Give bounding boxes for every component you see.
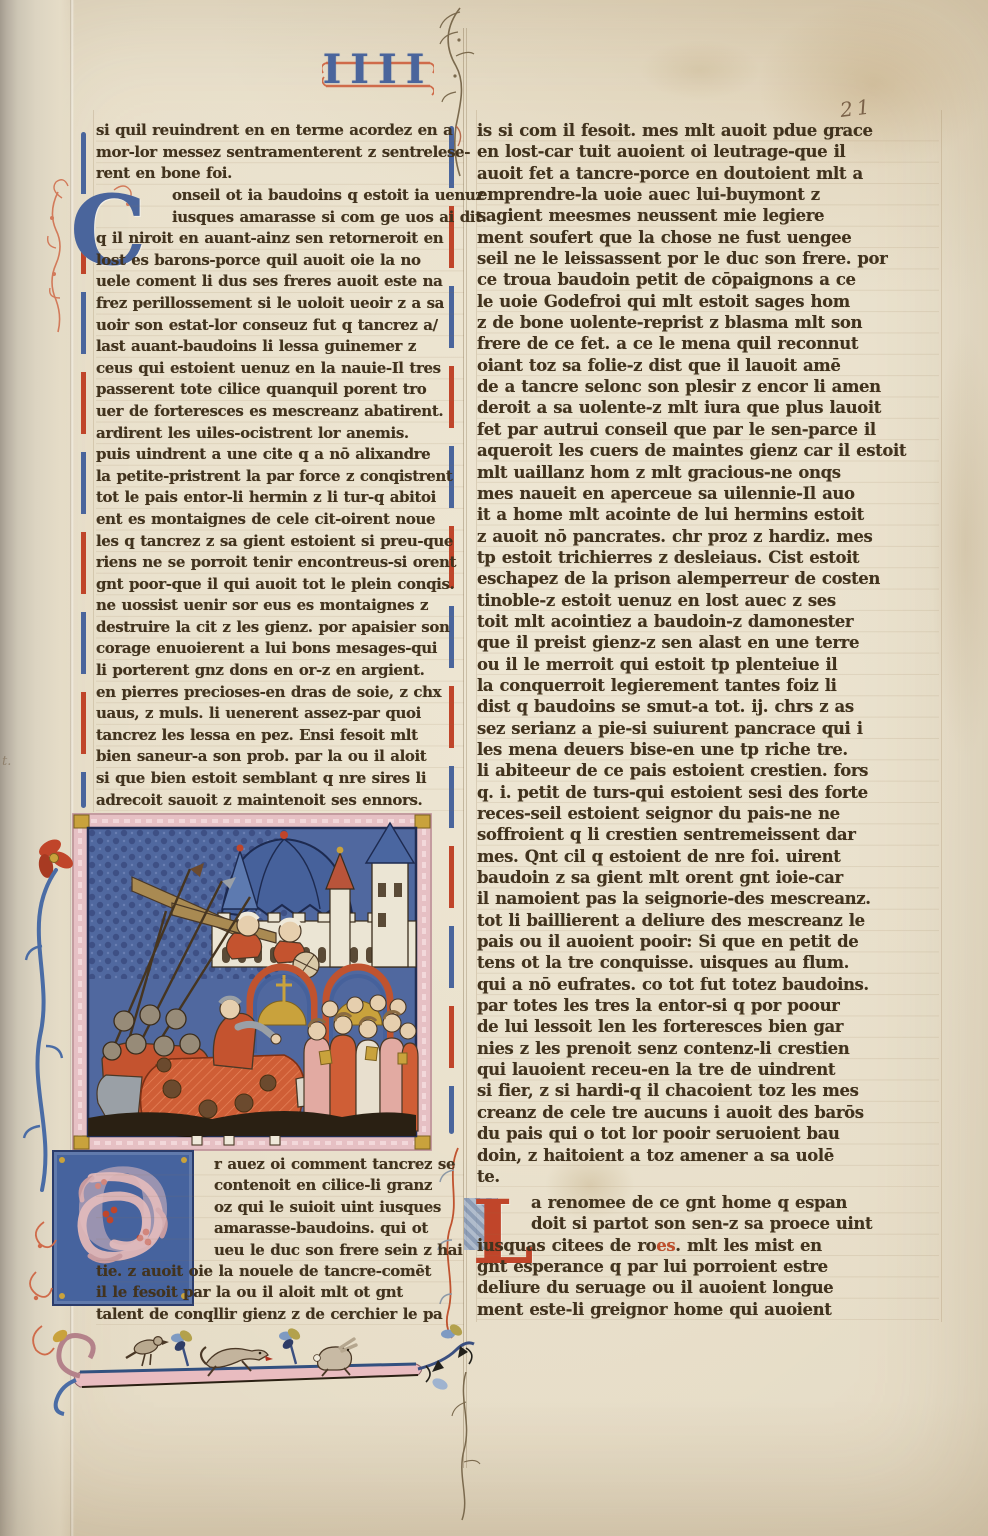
text-line: sagient meesmes neussent mie legiere bbox=[477, 205, 939, 226]
text-line: dist q baudoins se smut-a tot. ij. chrs … bbox=[477, 696, 939, 717]
text-line: de a tancre selonc son plesir z encor li… bbox=[477, 376, 939, 397]
text-line: baudoin z sa gient mlt orent gnt ioie-ca… bbox=[477, 867, 939, 888]
text-line: si fier, z si hardi-q il chacoient toz l… bbox=[477, 1080, 939, 1101]
text-line: lost es barons-porce quil auoit oie la n… bbox=[96, 250, 464, 272]
text-line: uer de forteresces es mescreanz abatiren… bbox=[96, 401, 464, 423]
text-line: ou il le merroit qui estoit tp plenteiue… bbox=[477, 654, 939, 675]
right-column-paragraph-2: a renomee de ce gnt home q espandoit si … bbox=[477, 1192, 939, 1320]
left-column-paragraph-1: si quil reuindrent en en terme acordez e… bbox=[96, 120, 464, 185]
text-line: amarasse-baudoins. qui ot bbox=[214, 1218, 464, 1239]
bas-de-page-decoration bbox=[46, 1314, 476, 1419]
text-line: du pais qui o tot lor pooir seruoient ba… bbox=[477, 1123, 939, 1144]
text-line: contenoit en cilice-li granz bbox=[214, 1175, 464, 1196]
text-line: gnt esperance q par lui porroient estre bbox=[477, 1256, 939, 1277]
text-line: tinoble-z estoit uenuz en lost auec z se… bbox=[477, 590, 939, 611]
text-line: frere de ce fet. a ce le mena quil recon… bbox=[477, 333, 939, 354]
text-line: pais ou il auoient pooir: Si que en peti… bbox=[477, 931, 939, 952]
text-line: la petite-pristrent la par force z conqi… bbox=[96, 466, 464, 488]
rubricated-text: es bbox=[656, 1236, 675, 1255]
text-line: q il niroit en auant-ainz sen retorneroi… bbox=[96, 228, 464, 250]
left-column-paragraph-3: r auez oi comment tancrez secontenoit en… bbox=[96, 1154, 464, 1325]
text-line: mor-lor messez sentramenterent z sentrel… bbox=[96, 142, 464, 164]
text-line: doit si partot son sen-z sa proece uint bbox=[531, 1213, 939, 1234]
text-line: les q tancrez z sa gient estoient si pre… bbox=[96, 531, 464, 553]
text-line: sez serianz a pie-si suiurent pancrace q… bbox=[477, 718, 939, 739]
text-line: auoit fet a tancre-porce en doutoient ml… bbox=[477, 163, 939, 184]
text-line: last auant-baudoins li lessa guinemer z bbox=[96, 336, 464, 358]
ruling-line bbox=[941, 110, 942, 1322]
text-line: deroit a sa uolente-z mlt iura que plus … bbox=[477, 397, 939, 418]
text-line: qui lauoient receu-en la tre de uindrent bbox=[477, 1059, 939, 1080]
text-line: nies z les prenoit senz contenz-li crest… bbox=[477, 1038, 939, 1059]
text-line: z auoit nō pancrates. chr proz z hardiz.… bbox=[477, 526, 939, 547]
text-line: a renomee de ce gnt home q espan bbox=[531, 1192, 939, 1213]
text-line: le uoie Godefroi qui mlt estoit sages ho… bbox=[477, 291, 939, 312]
text-line: emprendre-la uoie auec lui-buymont z bbox=[477, 184, 939, 205]
text-line: r auez oi comment tancrez se bbox=[214, 1154, 464, 1175]
text-line: z de bone uolente-reprist z blasma mlt s… bbox=[477, 312, 939, 333]
left-column-paragraph-2: onseil ot ia baudoins q estoit ia uenuzi… bbox=[96, 185, 464, 811]
text-line: ceus qui estoient uenuz en la nauie-Il t… bbox=[96, 358, 464, 380]
text-line: oz qui le suioit uint iusques bbox=[214, 1197, 464, 1218]
text-line: frez perillossement si le uoloit ueoir z… bbox=[96, 293, 464, 315]
chapter-numeral-text: IIII bbox=[322, 46, 434, 93]
text-line: corage enuoierent a lui bons mesages-qui bbox=[96, 638, 464, 660]
text-line: destruire la cit z les gienz. por apaisi… bbox=[96, 617, 464, 639]
text-line: uaus, z muls. li uenerent assez-par quoi bbox=[96, 703, 464, 725]
text-line: en lost-car tuit auoient oi leutrage-que… bbox=[477, 141, 939, 162]
parchment-stain bbox=[0, 1400, 988, 1536]
text-line: gnt poor-que il qui auoit tot le plein c… bbox=[96, 574, 464, 596]
text-line: aqueroit les cuers de maintes gienz car … bbox=[477, 440, 939, 461]
parchment-stain bbox=[640, 40, 760, 100]
text-line: tot li baillierent a deliure des mescrea… bbox=[477, 910, 939, 931]
text-line: ment este-li greignor home qui auoient bbox=[477, 1299, 939, 1320]
text-line: soffroient q li crestien sentremeissent … bbox=[477, 824, 939, 845]
text-line: it a home mlt acointe de lui hermins est… bbox=[477, 504, 939, 525]
text-line: par totes les tres la entor-si q por poo… bbox=[477, 995, 939, 1016]
text-line: li porterent gnz dons en or-z en argient… bbox=[96, 660, 464, 682]
text-line: tens ot la tre conquisse. uisques au flu… bbox=[477, 952, 939, 973]
folio-number: 21 bbox=[839, 94, 875, 122]
chapter-numeral: IIII bbox=[322, 50, 434, 100]
showthrough-mark: t. bbox=[2, 754, 11, 769]
text-line: si quil reuindrent en en terme acordez e… bbox=[96, 120, 464, 142]
text-line: te. bbox=[477, 1166, 939, 1187]
text-line: uele coment li dus ses freres auoit este… bbox=[96, 271, 464, 293]
text-line: passerent tote cilice quanquil porent tr… bbox=[96, 379, 464, 401]
text-line: riens ne se porroit tenir encontreus-si … bbox=[96, 552, 464, 574]
text-line: les mena deuers bise-en une tp riche tre… bbox=[477, 739, 939, 760]
text-line: bien saneur-a son prob. par la ou il alo… bbox=[96, 746, 464, 768]
text-line: fet par autrui conseil que par le sen-pa… bbox=[477, 419, 939, 440]
text-line: si que bien estoit semblant q nre sires … bbox=[96, 768, 464, 790]
text-line: mes naueit en aperceue sa uilennie-Il au… bbox=[477, 483, 939, 504]
text-line: iusques amarasse si com ge uos ai dit. bbox=[172, 207, 464, 229]
text-line: en pierres precioses-en dras de soie, z … bbox=[96, 682, 464, 704]
text-line: seil ne le leissassent por le duc son fr… bbox=[477, 248, 939, 269]
text-line: mlt uaillanz hom z mlt gracious-ne onqs bbox=[477, 462, 939, 483]
text-line: de lui lessoit len les forteresces bien … bbox=[477, 1016, 939, 1037]
text-line: onseil ot ia baudoins q estoit ia uenuz bbox=[172, 185, 464, 207]
text-line: ardirent les uiles-ocistrent lor anemis. bbox=[96, 423, 464, 445]
miniature-baldwin-entering-city bbox=[72, 813, 432, 1151]
text-line: deliure du seruage ou il auoient longue bbox=[477, 1277, 939, 1298]
text-line: iusquas citees de roes. mlt les mist en bbox=[477, 1235, 939, 1256]
bird-figure bbox=[126, 1337, 169, 1366]
text-line: puis uindrent a une cite q a nō alixandr… bbox=[96, 444, 464, 466]
text-line: toit mlt acointiez a baudoin-z damoneste… bbox=[477, 611, 939, 632]
text-line: il namoient pas la seignorie-des mescrea… bbox=[477, 888, 939, 909]
right-column-paragraph-1: is si com il fesoit. mes mlt auoit pdue … bbox=[477, 120, 939, 1187]
text-line: il le fesoit par la ou il aloit mlt ot g… bbox=[96, 1282, 464, 1303]
text-line: uoir son estat-lor conseuz fut q tancrez… bbox=[96, 315, 464, 337]
text-line: qui a nō eufrates. co tot fut totez baud… bbox=[477, 974, 939, 995]
text-line: creanz de cele tre aucuns i auoit des ba… bbox=[477, 1102, 939, 1123]
text-line: tot le pais entor-li hermin z li tur-q a… bbox=[96, 487, 464, 509]
text-line: adrecoit sauoit z maintenoit ses ennors. bbox=[96, 790, 464, 812]
text-line: oiant toz sa folie-z dist que il lauoit … bbox=[477, 355, 939, 376]
text-line: tancrez les lessa en pez. Ensi fesoit ml… bbox=[96, 725, 464, 747]
margin-vine-icon bbox=[10, 826, 82, 1396]
thorny-vine-end bbox=[418, 1322, 474, 1392]
text-line: ment soufert que la chose ne fust uengee bbox=[477, 227, 939, 248]
text-line: ce troua baudoin petit de cōpaignons a c… bbox=[477, 269, 939, 290]
miniature-scene bbox=[88, 823, 418, 1145]
text-line: tie. z auoit oie la nouele de tancre-com… bbox=[96, 1261, 464, 1282]
text-line: reces-seil estoient seignor du pais-ne n… bbox=[477, 803, 939, 824]
text-line: ne uossist uenir sor eus es montaignes z bbox=[96, 595, 464, 617]
text-line: eschapez de la prison alemperreur de cos… bbox=[477, 568, 939, 589]
text-line: q. i. petit de turs-qui estoient sesi de… bbox=[477, 782, 939, 803]
text-line: rent en bone foi. bbox=[96, 163, 464, 185]
text-line: ent es montaignes de cele cit-oirent nou… bbox=[96, 509, 464, 531]
text-line: ueu le duc son frere sein z hai bbox=[214, 1240, 464, 1261]
text-line: mes. Qnt cil q estoient de nre foi. uire… bbox=[477, 846, 939, 867]
text-line: la conquerroit legierement tantes foiz l… bbox=[477, 675, 939, 696]
manuscript-page: IIII 21 t. si quil reuindrent en en term… bbox=[0, 0, 988, 1536]
text-line: que il preist gienz-z sen alast en une t… bbox=[477, 632, 939, 653]
text-line: doin, z haitoient a toz amener a sa uolē bbox=[477, 1145, 939, 1166]
text-line: is si com il fesoit. mes mlt auoit pdue … bbox=[477, 120, 939, 141]
text-line: tp estoit trichierres z desleiaus. Cist … bbox=[477, 547, 939, 568]
text-line: li abiteeur de ce pais estoient crestien… bbox=[477, 760, 939, 781]
